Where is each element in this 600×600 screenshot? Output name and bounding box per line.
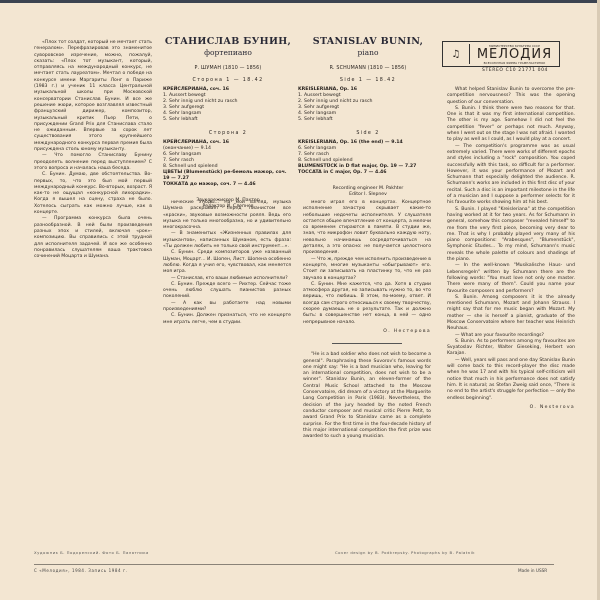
paragraph: С. Бунин. Прежде всего — Рихтер. Сейчас … [163, 282, 291, 301]
paragraph: — А как вы работаете над новыми произвед… [163, 301, 291, 314]
copyright: С «Мелодия», 1984. Запись 1984 г. [34, 568, 128, 573]
side-2-tracks: КРЕЙСЛЕРИАНА, соч. 16 (окончание) — 9.14… [163, 140, 293, 189]
en-article-col4: What helped Stanislav Bunin to overcome … [447, 87, 575, 411]
side-2-tracks: KREISLERIANA, Op. 16 (the end) — 9.14 6.… [298, 140, 438, 177]
track-title: KREISLERIANA, Op. 16 (the end) — 9.14 [298, 140, 403, 145]
paragraph: — Что ж, прежде чем исполнить произведен… [303, 257, 431, 282]
paragraph: S. Bunin. I think there were two reasons… [447, 106, 575, 144]
paragraph: S. Bunin. As to performers among my favo… [447, 339, 575, 358]
paragraph: S. Bunin. Among composers it is the alre… [447, 295, 575, 333]
catalog-number: STEREO C10 21771 004 [482, 68, 548, 73]
paragraph: «Плох тот солдат, который не мечтает ста… [34, 40, 152, 153]
side-1-tracks: КРЕЙСЛЕРИАНА, соч. 16 1. Aussert bewegt … [163, 87, 293, 124]
ru-article-col2: нические этюды... На мой взгляд, музыка … [163, 200, 291, 326]
side-1-title: Side 1 — 18.42 [298, 78, 438, 83]
paragraph: — Станислав, кто ваши любимые исполнител… [163, 276, 291, 282]
paragraph: — В знаменитых «Жизненных правилах для м… [163, 231, 291, 250]
artist-name: СТАНИСЛАВ БУНИН, [163, 36, 293, 47]
made-in: Made in USSR [518, 568, 547, 573]
divider [332, 343, 402, 344]
track: ЦВЕТЫ (Blumenstück) ре-бемоль мажор, соч… [163, 170, 293, 182]
credits: Recording engineer M. Pakhter Editor I. … [298, 186, 438, 198]
track-title: КРЕЙСЛЕРИАНА, соч. 16 [163, 140, 229, 145]
author-signature: O. Nesterova [447, 405, 575, 411]
paragraph: С. Бунин. Думаю, две обстоятельства. Во-… [34, 172, 152, 216]
logo-brand: МЕЛОДИЯ [470, 48, 559, 61]
paragraph: — The competition's programme was as usu… [447, 144, 575, 207]
paragraph: — Программа конкурса была очень разнообр… [34, 216, 152, 260]
track: 5. Sehr lebhaft [298, 117, 438, 123]
paragraph: С. Бунин. Мне кажется, что да. Хотя в ст… [303, 282, 431, 326]
track-title: КРЕЙСЛЕРИАНА, соч. 16 [163, 87, 229, 92]
artist-name: STANISLAV BUNIN, [298, 36, 438, 47]
track: 5. Sehr lebhaft [163, 117, 293, 123]
side-2-title: Сторона 2 [163, 131, 293, 136]
paragraph: — In the well-known "Musikalische Haus- … [447, 263, 575, 294]
side-1-title: Сторона 1 — 18.42 [163, 78, 293, 83]
instrument: фортепиано [163, 48, 293, 57]
side-2-title: Side 2 [298, 131, 438, 136]
paragraph: С. Бунин. Среди композиторов уже названн… [163, 250, 291, 275]
ru-tracklist: СТАНИСЛАВ БУНИН, фортепиано Р. ШУМАН (18… [163, 36, 293, 210]
ru-article-col1: «Плох тот солдат, который не мечтает ста… [34, 40, 152, 260]
melodiya-emblem-icon: ♫ [443, 44, 470, 64]
track: TOCCATA in C major, Op. 7 — 4.46 [298, 170, 438, 176]
cover-design-credit-ru: Художник Б. Подкрепский. Фото Б. Палатни… [34, 550, 149, 555]
en-tracklist: STANISLAV BUNIN, piano R. SCHUMANN (1810… [298, 36, 438, 198]
author-signature: О. Нестерова [303, 329, 431, 335]
instrument: piano [298, 48, 438, 57]
paragraph: S. Bunin. I played "Kreisleriana" at the… [447, 207, 575, 264]
cover-design-credit-en: Cover design by B. Podkrepsky. Photograp… [335, 550, 475, 555]
paragraph: What helped Stanislav Bunin to overcome … [447, 87, 575, 106]
composer: Р. ШУМАН (1810 — 1856) [163, 66, 293, 71]
composer: R. SCHUMANN (1810 — 1856) [298, 66, 438, 71]
paragraph: — Что помогло Станиславу Бунину преодоле… [34, 153, 152, 172]
credit: Editor I. Slepnev [298, 192, 438, 198]
paragraph: "He is a bad soldier who does not wish t… [303, 352, 431, 440]
track-title: KREISLERIANA, Op. 16 [298, 87, 357, 92]
side-1-tracks: KREISLERIANA, Op. 16 1. Aussert bewegt 2… [298, 87, 438, 124]
paragraph: — Well, years will pass and one day Stan… [447, 358, 575, 402]
paragraph: много играл его в концертах. Концертное … [303, 200, 431, 257]
paragraph: С. Бунин. Должен признаться, что не конц… [163, 313, 291, 326]
paragraph: нические этюды... На мой взгляд, музыка … [163, 200, 291, 231]
article-col3: много играл его в концертах. Концертное … [303, 200, 431, 440]
track: ТОККАТА до мажор, соч. 7 — 4.46 [163, 182, 293, 188]
melodiya-logo: ♫ МИНИСТЕРСТВО КУЛЬТУРЫ СССР МЕЛОДИЯ ВСЕ… [442, 41, 560, 67]
top-edge [0, 0, 600, 3]
footer-rule [34, 564, 554, 565]
